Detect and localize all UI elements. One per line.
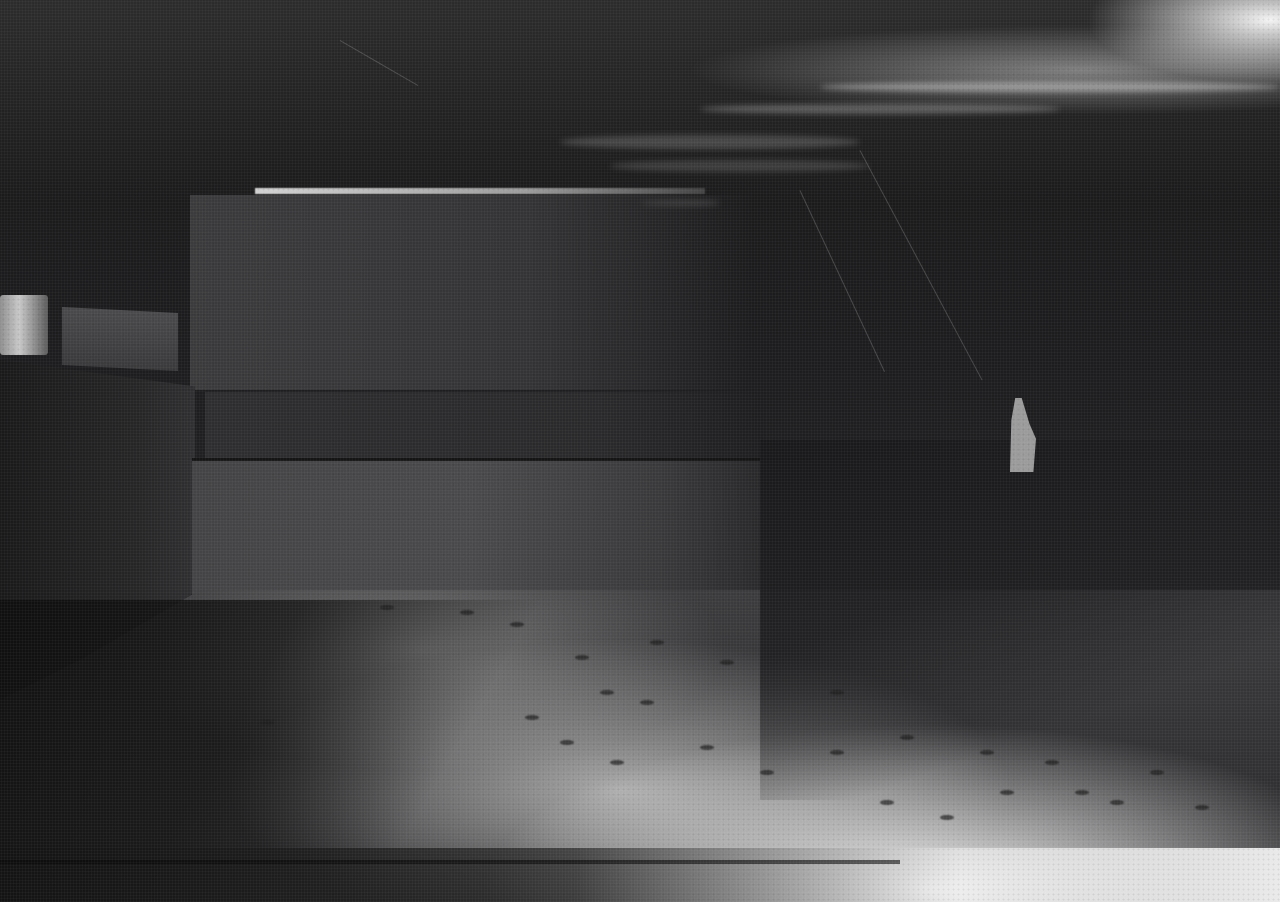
sand-pit	[830, 690, 844, 695]
probe	[1010, 398, 1036, 472]
back-panel	[190, 195, 750, 390]
left-bracket	[0, 295, 48, 355]
panel-edge-highlight	[255, 188, 705, 194]
light-streak	[820, 82, 1280, 92]
bottom-edge	[0, 848, 1280, 902]
light-streak	[610, 160, 870, 172]
light-streak	[560, 135, 860, 149]
sand-pit	[525, 715, 539, 720]
sand-pit	[1195, 805, 1209, 810]
sand-pit	[720, 660, 734, 665]
sand-pit	[980, 750, 994, 755]
sand-pit	[600, 690, 614, 695]
front-wall	[192, 458, 812, 596]
sand-pit	[940, 815, 954, 820]
sand-pit	[575, 655, 589, 660]
light-glow	[0, 0, 1280, 200]
right-shadow	[760, 440, 1280, 800]
bracket-plate	[62, 307, 178, 371]
back-panel-lower	[205, 392, 765, 460]
sand-pit	[1110, 800, 1124, 805]
sand-pit	[650, 640, 664, 645]
sand-pit	[830, 750, 844, 755]
sand-pit	[1045, 760, 1059, 765]
photograph	[0, 0, 1280, 902]
sand-pit	[260, 720, 274, 725]
sand-pit	[1150, 770, 1164, 775]
sand-pit	[460, 610, 474, 615]
light-streak	[700, 104, 1060, 114]
sand-pit	[380, 605, 394, 610]
sand-pit	[640, 700, 654, 705]
sand-pit	[560, 740, 574, 745]
sand-pit	[610, 760, 624, 765]
sand-pit	[900, 735, 914, 740]
sand-pit	[1075, 790, 1089, 795]
sand-pit	[1000, 790, 1014, 795]
bottom-line	[0, 860, 900, 864]
film-scratch	[800, 190, 885, 372]
sand-pit	[510, 622, 524, 627]
sand-pit	[700, 745, 714, 750]
sand-pit	[880, 800, 894, 805]
sand-pit	[760, 770, 774, 775]
